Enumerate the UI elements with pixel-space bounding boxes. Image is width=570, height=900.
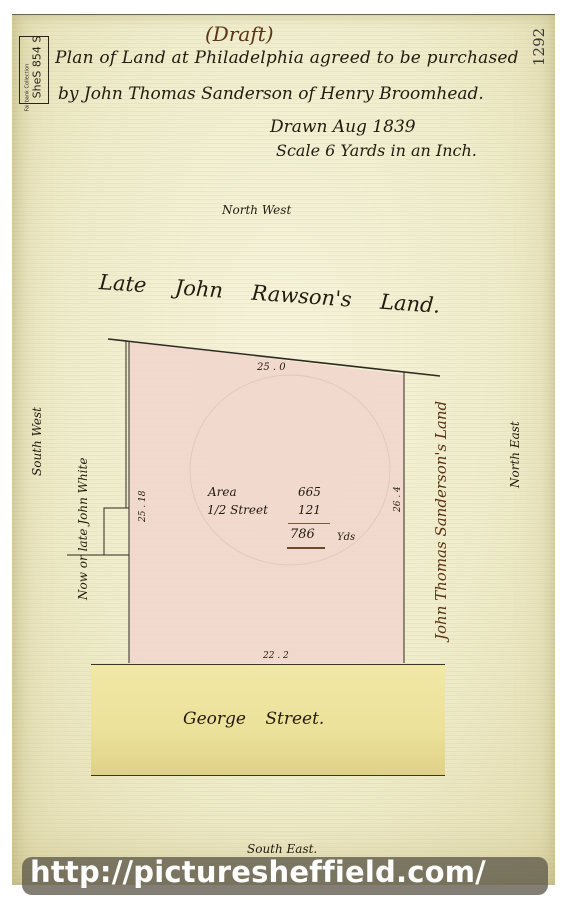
area-total: 786	[290, 527, 315, 542]
total-underline	[287, 547, 325, 549]
watermark-text: http://picturesheffield.com/	[30, 855, 486, 889]
dimension-left: 25 . 18	[138, 491, 148, 523]
area-value: 665	[298, 485, 321, 499]
dimension-top: 25 . 0	[257, 362, 286, 373]
watermark-banner: http://picturesheffield.com/	[22, 857, 548, 895]
half-street-label: 1/2 Street	[207, 503, 268, 517]
street-label: George Street.	[183, 709, 324, 729]
area-unit: Yds	[337, 532, 355, 543]
area-label: Area	[208, 485, 237, 499]
dimension-bottom: 22 . 2	[263, 651, 289, 661]
dimension-right: 26 . 4	[393, 486, 403, 512]
sum-rule	[288, 523, 330, 524]
half-street-value: 121	[298, 503, 321, 517]
